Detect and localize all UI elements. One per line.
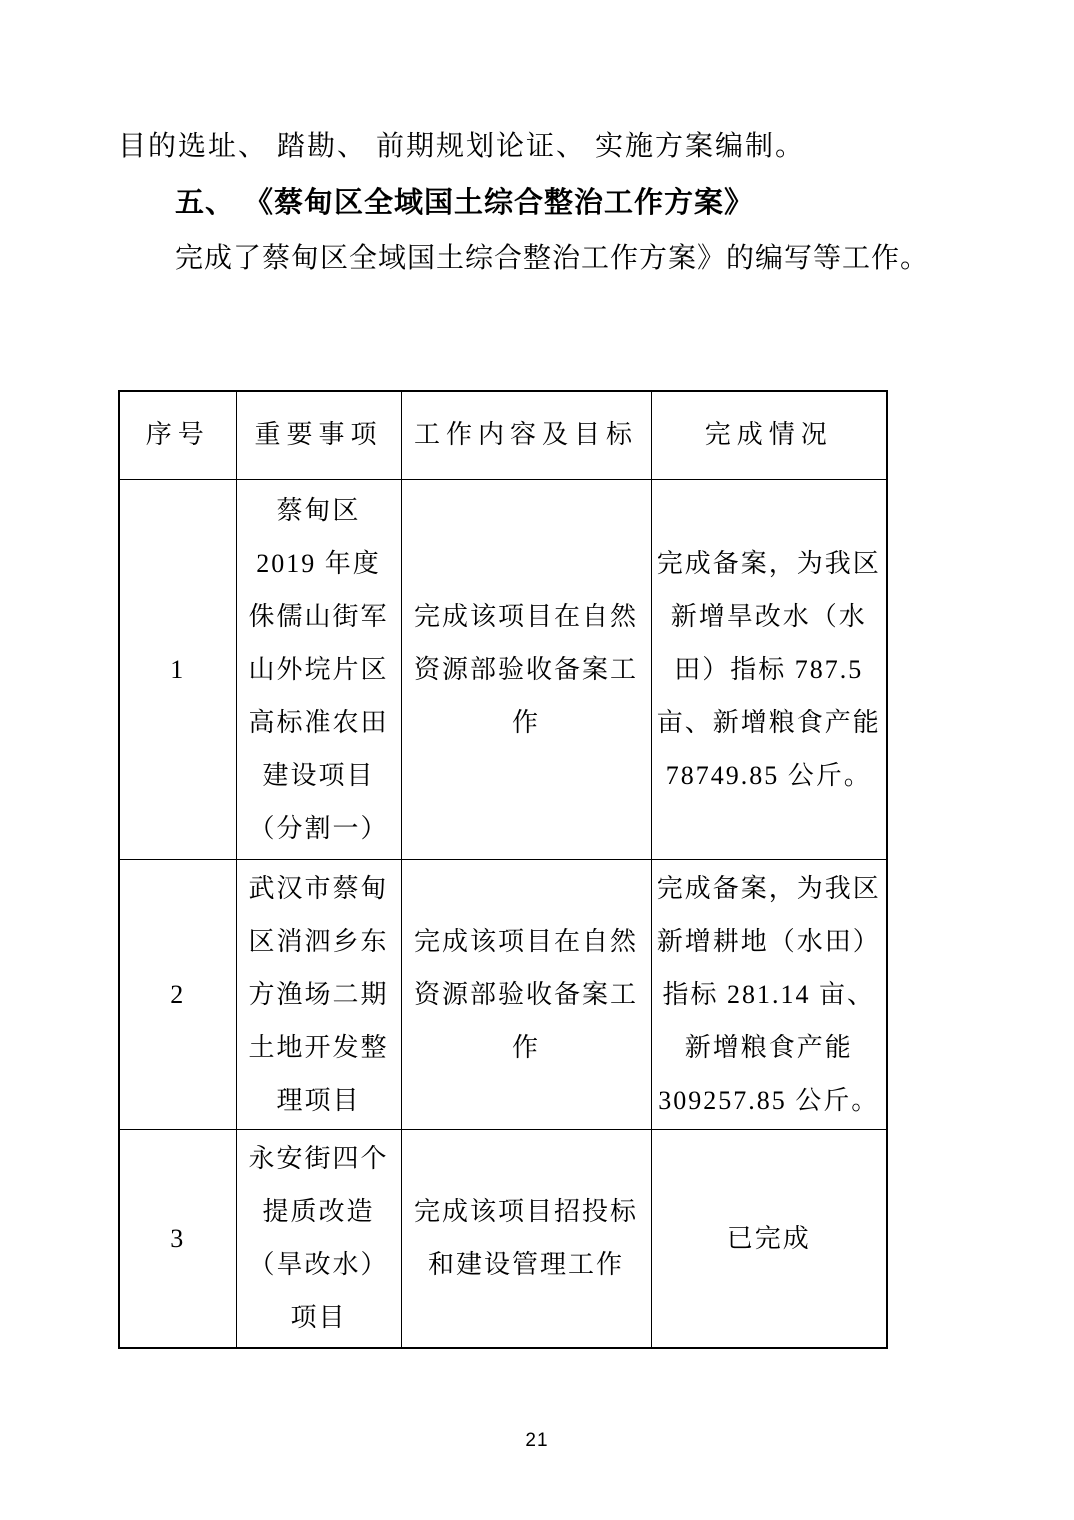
document-page: 目的选址、 踏勘、 前期规划论证、 实施方案编制。 五、 《蔡甸区全域国土综合整…	[0, 0, 1074, 1520]
cell-item: 武汉市蔡甸 区消泗乡东 方渔场二期 土地开发整 理项目	[236, 859, 401, 1129]
section-paragraph: 完成了蔡甸区全域国土综合整治工作方案》的编写等工作。	[118, 231, 956, 287]
col-header-status: 完成情况	[651, 391, 887, 479]
col-header-work: 工作内容及目标	[401, 391, 651, 479]
table-row: 3永安街四个 提质改造 （旱改水） 项目完成该项目招投标 和建设管理工作已完成	[119, 1129, 887, 1348]
cell-item: 蔡甸区 2019 年度 侏儒山街军 山外垸片区 高标准农田 建设项目 （分割一）	[236, 479, 401, 859]
col-header-index: 序号	[119, 391, 236, 479]
col-header-item: 重要事项	[236, 391, 401, 479]
table-header-row: 序号 重要事项 工作内容及目标 完成情况	[119, 391, 887, 479]
work-items-table: 序号 重要事项 工作内容及目标 完成情况 1蔡甸区 2019 年度 侏儒山街军 …	[118, 390, 888, 1349]
intro-text: 目的选址、 踏勘、 前期规划论证、 实施方案编制。	[118, 119, 956, 175]
section-heading: 五、 《蔡甸区全域国土综合整治工作方案》	[118, 175, 956, 231]
cell-index: 2	[119, 859, 236, 1129]
cell-status: 完成备案，为我区 新增耕地（水田） 指标 281.14 亩、 新增粮食产能 30…	[651, 859, 887, 1129]
cell-item: 永安街四个 提质改造 （旱改水） 项目	[236, 1129, 401, 1348]
cell-work: 完成该项目在自然 资源部验收备案工 作	[401, 859, 651, 1129]
cell-index: 1	[119, 479, 236, 859]
page-number: 21	[0, 1430, 1074, 1452]
cell-status: 完成备案，为我区 新增旱改水（水 田）指标 787.5 亩、新增粮食产能 787…	[651, 479, 887, 859]
cell-index: 3	[119, 1129, 236, 1348]
cell-status: 已完成	[651, 1129, 887, 1348]
table-row: 1蔡甸区 2019 年度 侏儒山街军 山外垸片区 高标准农田 建设项目 （分割一…	[119, 479, 887, 859]
cell-work: 完成该项目在自然 资源部验收备案工 作	[401, 479, 651, 859]
table-row: 2武汉市蔡甸 区消泗乡东 方渔场二期 土地开发整 理项目完成该项目在自然 资源部…	[119, 859, 887, 1129]
cell-work: 完成该项目招投标 和建设管理工作	[401, 1129, 651, 1348]
